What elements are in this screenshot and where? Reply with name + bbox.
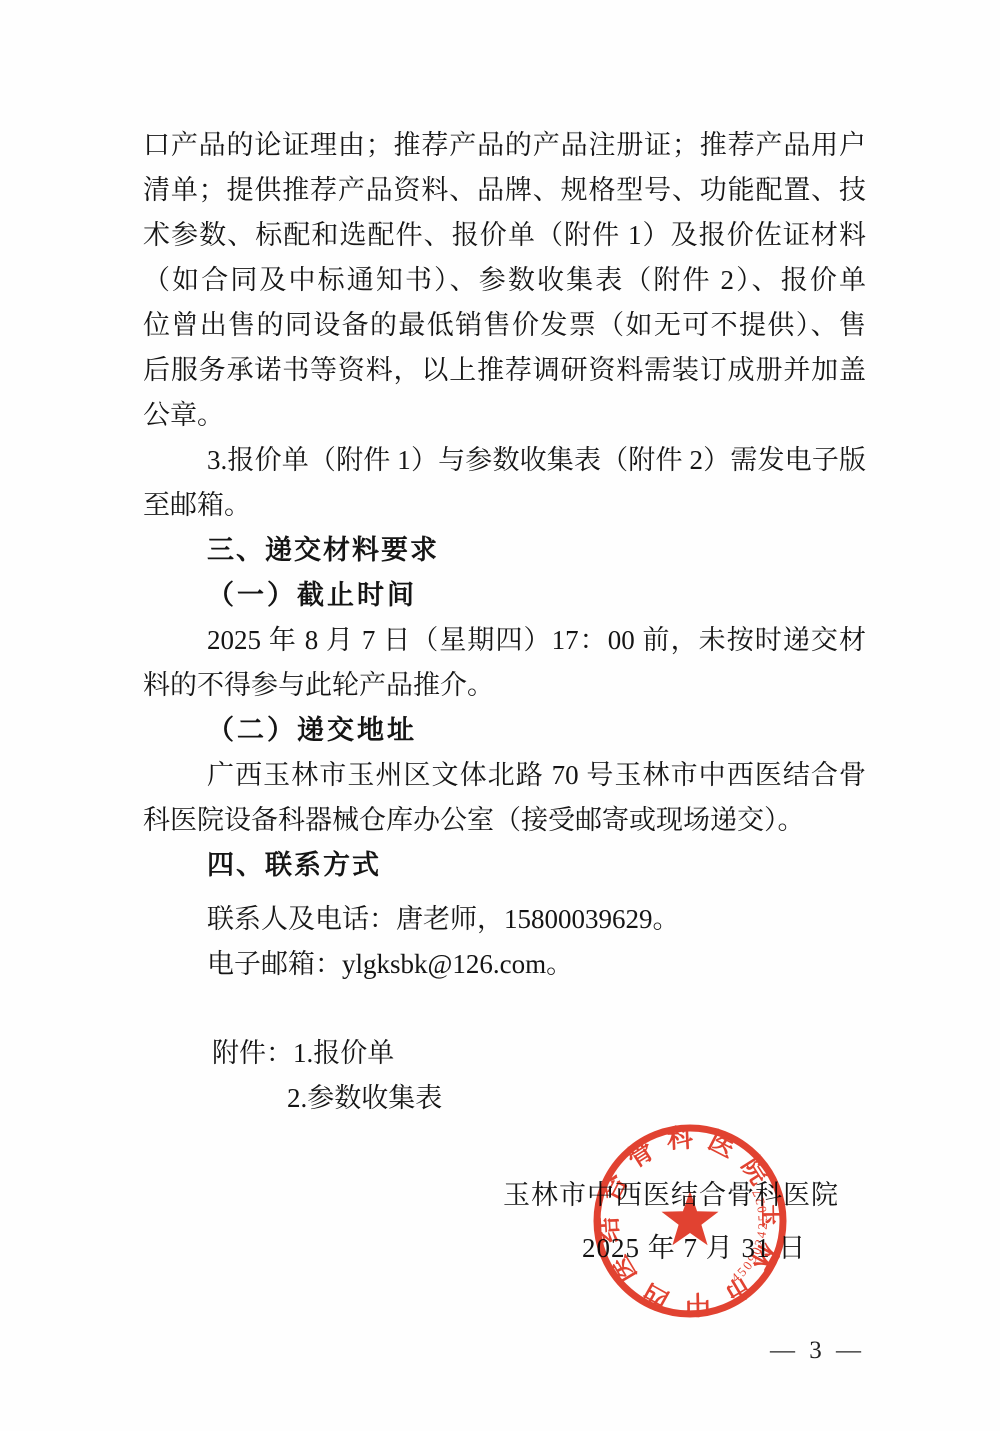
body-line: 3.报价单（附件 1）与参数收集表（附件 2）需发电子版 — [143, 438, 866, 483]
body-line: 后服务承诺书等资料，以上推荐调研资料需装订成册并加盖 — [143, 348, 866, 393]
body-line: 术参数、标配和选配件、报价单（附件 1）及报价佐证材料 — [143, 213, 866, 258]
subsection-heading-2: （二）递交地址 — [143, 708, 866, 753]
body-line: 料的不得参与此轮产品推介。 — [143, 663, 866, 708]
body-line: 科医院设备科器械仓库办公室（接受邮寄或现场递交）。 — [143, 798, 866, 843]
section-heading-4: 四、联系方式 — [143, 843, 866, 888]
subsection-heading-1: （一）截止时间 — [143, 573, 866, 618]
document-page: 口产品的论证理由；推荐产品的产品注册证；推荐产品用户 清单；提供推荐产品资料、品… — [0, 0, 1000, 1431]
body-line: 口产品的论证理由；推荐产品的产品注册证；推荐产品用户 — [143, 123, 866, 168]
contact-phone-line: 联系人及电话：唐老师，15800039629。 — [143, 897, 866, 942]
official-seal-stamp: 玉林市中西医结合骨科医院 450902425027 — [579, 1109, 801, 1331]
section-heading-3: 三、递交材料要求 — [143, 528, 866, 573]
attachment-line-1: 附件：1.报价单 — [143, 1031, 866, 1076]
body-line: 广西玉林市玉州区文体北路 70 号玉林市中西医结合骨 — [143, 753, 866, 798]
body-line: 公章。 — [143, 393, 866, 438]
body-line: 位曾出售的同设备的最低销售价发票（如无可不提供）、售 — [143, 303, 866, 348]
contact-email-line: 电子邮箱：ylgksbk@126.com。 — [143, 942, 866, 987]
seal-star-icon — [662, 1191, 719, 1245]
body-text-block: 口产品的论证理由；推荐产品的产品注册证；推荐产品用户 清单；提供推荐产品资料、品… — [143, 123, 866, 1121]
body-line: 清单；提供推荐产品资料、品牌、规格型号、功能配置、技 — [143, 168, 866, 213]
body-line: 至邮箱。 — [143, 483, 866, 528]
page-number: — 3 — — [770, 1337, 865, 1365]
body-line: 2025 年 8 月 7 日（星期四）17：00 前，未按时递交材 — [143, 618, 866, 663]
body-line: （如合同及中标通知书）、参数收集表（附件 2）、报价单 — [143, 258, 866, 303]
